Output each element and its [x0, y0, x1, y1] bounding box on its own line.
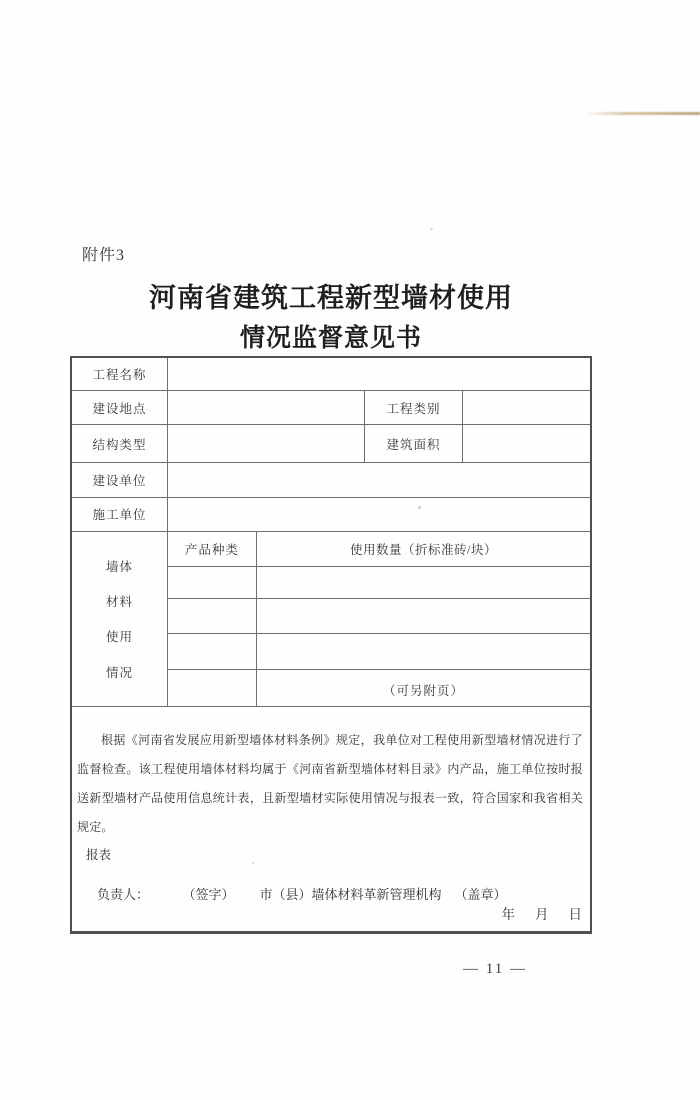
materials-header-row: 产品种类 使用数量（折标准砖/块）: [168, 532, 590, 567]
category-label: 工程类别: [365, 391, 463, 425]
category-value-cell: [463, 391, 590, 425]
contractor-value-cell: [168, 498, 590, 531]
scan-speck: [430, 228, 433, 230]
area-value-cell: [463, 425, 590, 462]
product-type-cell: [168, 670, 257, 706]
area-label: 建筑面积: [365, 425, 463, 462]
attach-note: （可另附页）: [257, 670, 590, 706]
materials-side-label: 墙体 材料 使用 情况: [72, 532, 168, 706]
location-value-cell: [168, 391, 365, 425]
date-month-label: 月: [535, 907, 549, 922]
report-label: 报表: [72, 842, 590, 868]
product-type-label: 产品种类: [168, 532, 257, 566]
side-label-part: 材料: [106, 592, 133, 610]
project-name-value-cell: [168, 358, 590, 390]
row-structure-area: 结构类型 建筑面积: [72, 425, 590, 463]
document-title-line1: 河南省建筑工程新型墙材使用: [70, 276, 592, 315]
supervision-form-table: 工程名称 建设地点 工程类别 结构类型 建筑面积 建设单位 施工单位 墙体 材料…: [70, 356, 592, 934]
product-type-cell: [168, 567, 257, 598]
sign-label: （签字）: [189, 887, 235, 902]
materials-empty-row: [168, 599, 590, 634]
date-line: 年月日: [72, 903, 590, 923]
product-type-cell: [168, 634, 257, 669]
side-label-part: 使用: [106, 627, 133, 645]
date-year-label: 年: [502, 907, 516, 922]
quantity-cell: [257, 567, 590, 598]
responsible-label: 负责人：: [97, 887, 149, 902]
project-name-label: 工程名称: [72, 358, 168, 390]
materials-empty-row: [168, 634, 590, 670]
builder-label: 建设单位: [72, 463, 168, 497]
materials-note-row: （可另附页）: [168, 670, 590, 706]
side-label-part: 墙体: [106, 557, 133, 575]
opinion-paragraph: 根据《河南省发展应用新型墙体材料条例》规定，我单位对工程使用新型墙材情况进行了监…: [72, 726, 590, 842]
location-label: 建设地点: [72, 391, 168, 425]
seal-label: （盖章）: [455, 887, 507, 902]
side-label-part: 情况: [106, 663, 133, 681]
structure-value-cell: [168, 425, 365, 462]
materials-section: 墙体 材料 使用 情况 产品种类 使用数量（折标准砖/块）: [72, 532, 590, 707]
structure-label: 结构类型: [72, 425, 168, 462]
scan-artifact-line: [584, 112, 700, 115]
date-day-label: 日: [569, 907, 583, 922]
row-builder: 建设单位: [72, 463, 590, 498]
opinion-section: 根据《河南省发展应用新型墙体材料条例》规定，我单位对工程使用新型墙材情况进行了监…: [72, 707, 590, 931]
signer-line: 负责人：（签字）市（县）墙体材料革新管理机构（盖章）: [72, 884, 590, 903]
contractor-label: 施工单位: [72, 498, 168, 531]
quantity-cell: [257, 599, 590, 633]
document-title-line2: 情况监督意见书: [70, 318, 592, 354]
row-contractor: 施工单位: [72, 498, 590, 532]
row-location-category: 建设地点 工程类别: [72, 391, 590, 426]
page-number: — 11 —: [450, 961, 540, 978]
quantity-label: 使用数量（折标准砖/块）: [257, 532, 590, 566]
product-type-cell: [168, 599, 257, 633]
row-project-name: 工程名称: [72, 358, 590, 391]
materials-empty-row: [168, 567, 590, 599]
attachment-label: 附件3: [82, 242, 125, 265]
builder-value-cell: [168, 463, 590, 497]
agency-label: 市（县）墙体材料革新管理机构: [260, 887, 442, 902]
materials-grid: 产品种类 使用数量（折标准砖/块） （可另附页）: [168, 532, 590, 706]
quantity-cell: [257, 634, 590, 669]
